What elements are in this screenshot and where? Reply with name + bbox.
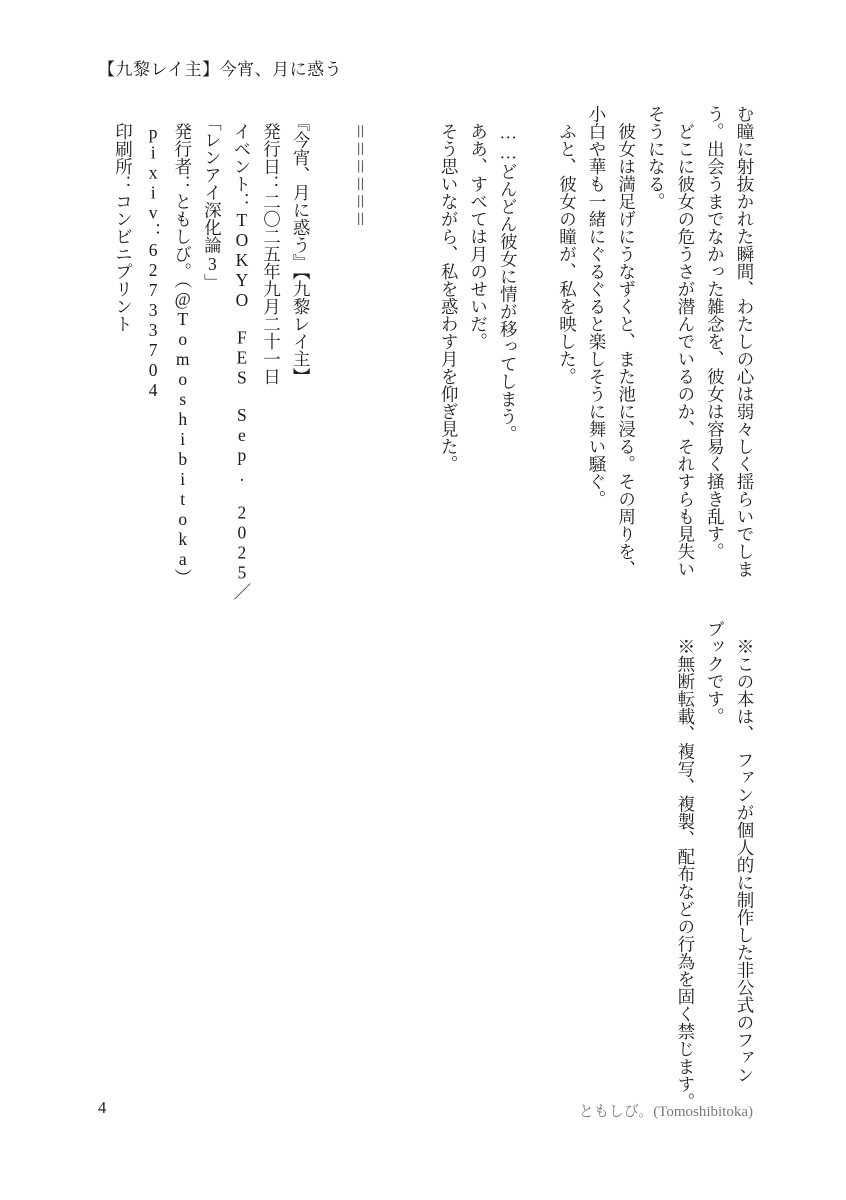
text-column: ※この本は、 ファンが個人的に制作した非公式のファン	[729, 620, 759, 1110]
text-column: ああ、すべては月のせいだ。	[463, 105, 493, 600]
text-column: ……どんどん彼女に情が移ってしまう。	[493, 105, 523, 600]
text-column	[404, 105, 434, 600]
fanbook-disclaimer-text: ※この本は、 ファンが個人的に制作した非公式のファンブックです。 ※無断転載、複…	[670, 620, 759, 1110]
text-column: どこに彼女の危うさが潜んでいるのか、それすらも見失い	[670, 105, 700, 600]
text-column: ブックです。	[700, 620, 730, 1110]
text-column: そうになる。	[641, 105, 671, 600]
text-column: そう思いながら、私を惑わす月を仰ぎ見た。	[433, 105, 463, 600]
text-column: む瞳に射抜かれた瞬間、わたしの心は弱々しく揺らいでしま	[729, 105, 759, 600]
text-column	[315, 105, 345, 600]
text-column	[374, 105, 404, 600]
page-header-title: 【九黎レイ主】今宵、月に惑う	[98, 55, 342, 80]
text-column: 発行日：二〇二五年九月二十一日	[256, 105, 286, 600]
text-column: 『今宵、月に惑う』【九黎レイ主】	[286, 105, 316, 600]
story-and-colophon-text: む瞳に射抜かれた瞬間、わたしの心は弱々しく揺らいでしまう。出会うまでなかった雑念…	[108, 105, 759, 600]
text-column: 小白や華も一緒にぐるぐると楽しそうに舞い騒ぐ。	[581, 105, 611, 600]
author-credit: ともしび。(Tomoshibitoka)	[579, 1100, 753, 1121]
text-column: 彼女は満足げにうなずくと、また池に浸る。その周りを、	[611, 105, 641, 600]
text-column: 印刷所：コンビニプリント	[108, 105, 138, 600]
page-number: 4	[98, 1098, 106, 1118]
text-column: う。出会うまでなかった雑念を、彼女は容易く掻き乱す。	[700, 105, 730, 600]
text-column: ※無断転載、複写、複製、配布などの行為を固く禁じます。	[670, 620, 700, 1110]
text-column: 「レンアイ深化論3」	[197, 105, 227, 600]
text-column: ＝＝＝＝＝＝	[345, 105, 375, 600]
text-column: ふと、彼女の瞳が、私を映した。	[552, 105, 582, 600]
text-column: イベント：TOKYO FES Sep. 2025／	[226, 105, 256, 600]
text-column	[522, 105, 552, 600]
text-column: pixiv：62733704	[138, 105, 168, 600]
text-column: 発行者：ともしび。（@Tomoshibitoka）	[167, 105, 197, 600]
